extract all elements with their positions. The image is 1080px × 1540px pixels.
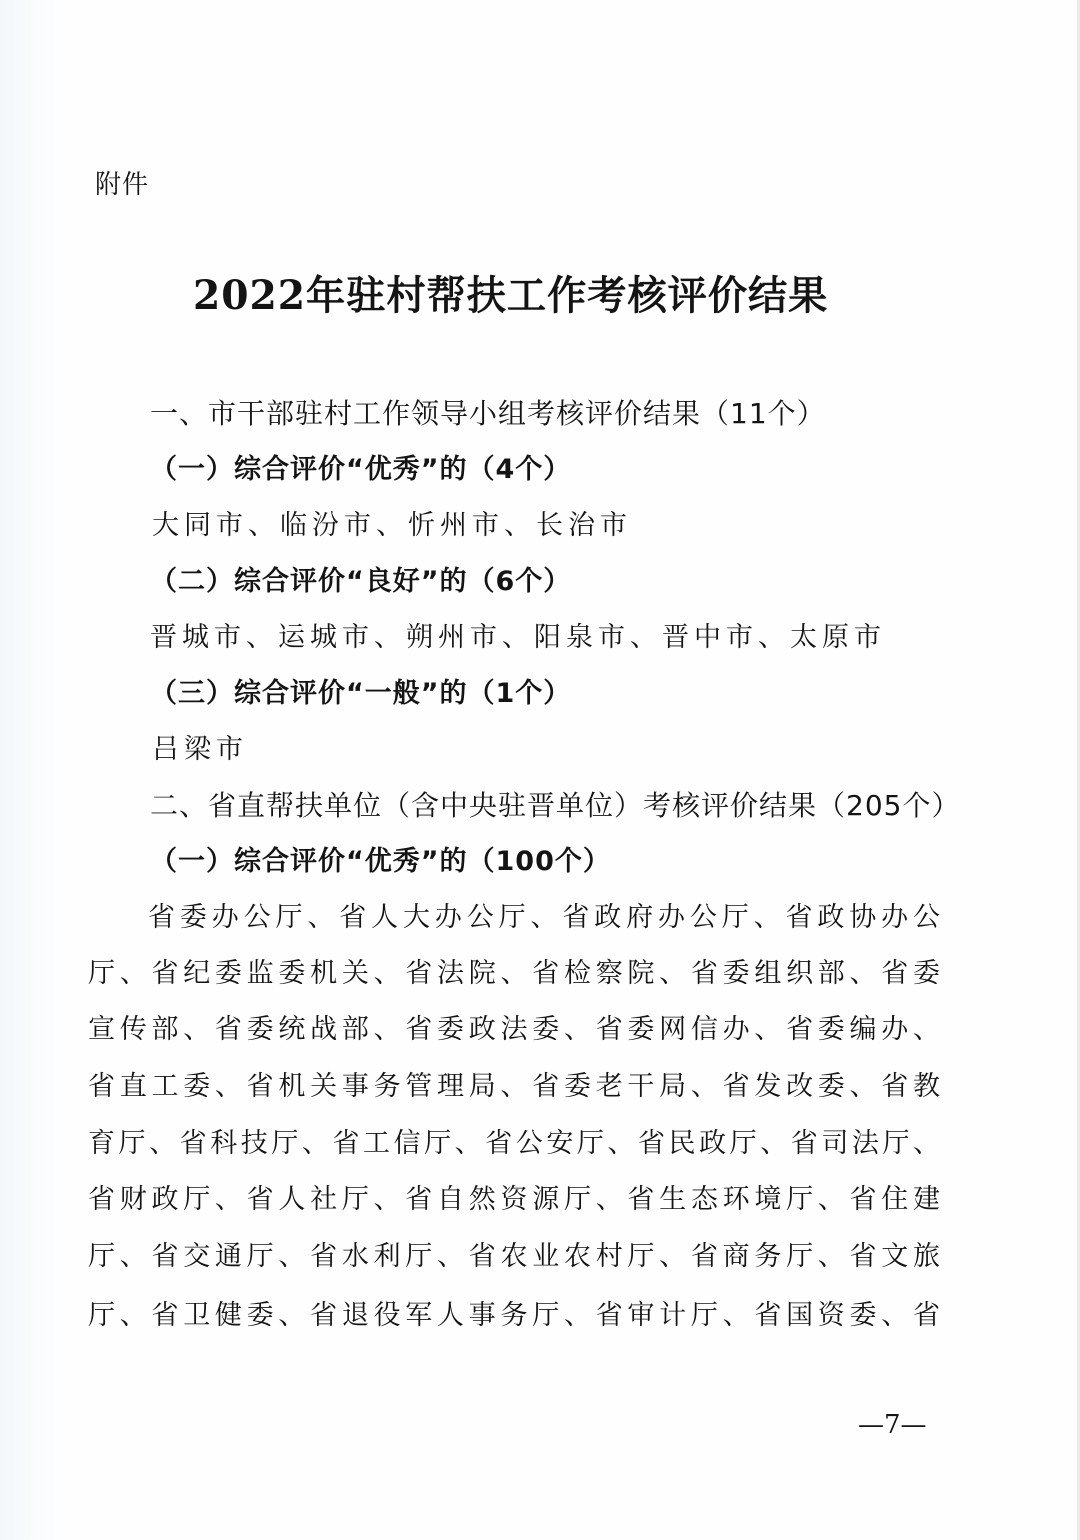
section-1-group-3-heading: （三）综合评价“一般”的（1个） <box>150 680 571 707</box>
paragraph-line: 厅、省交通厅、省水利厅、省农业农村厅、省商务厅、省文旅 <box>88 1243 940 1270</box>
paragraph-line: 育厅、省科技厅、省工信厅、省公安厅、省民政厅、省司法厅、 <box>88 1130 940 1157</box>
section-1-group-1-heading: （一）综合评价“优秀”的（4个） <box>150 456 571 483</box>
attachment-label: 附件 <box>95 172 149 198</box>
paragraph-line: 省直工委、省机关事务管理局、省委老干局、省发改委、省教 <box>88 1073 940 1100</box>
section-1-group-1-content: 大同市、临汾市、忻州市、长治市 <box>152 512 632 539</box>
section-1-group-2-content: 晋城市、运城市、朔州市、阳泉市、晋中市、太原市 <box>150 624 886 651</box>
paragraph-line: 省财政厅、省人社厅、省自然资源厅、省生态环境厅、省住建 <box>88 1186 940 1213</box>
paragraph-line: 省委办公厅、省人大办公厅、省政府办公厅、省政协办公 <box>148 904 940 931</box>
paragraph-line: 厅、省卫健委、省退役军人事务厅、省审计厅、省国资委、省 <box>88 1302 940 1329</box>
section-1-group-3-content: 吕梁市 <box>152 736 248 763</box>
section-1-heading: 一、市干部驻村工作领导小组考核评价结果（11个） <box>150 400 826 428</box>
scan-edge-shadow <box>0 0 60 1540</box>
paragraph-line: 厅、省纪委监委机关、省法院、省检察院、省委组织部、省委 <box>88 960 940 987</box>
section-1-group-2-heading: （二）综合评价“良好”的（6个） <box>150 568 571 595</box>
page-number: —7— <box>858 1410 927 1440</box>
section-2-heading: 二、省直帮扶单位（含中央驻晋单位）考核评价结果（205个） <box>150 792 960 820</box>
paragraph-line: 宣传部、省委统战部、省委政法委、省委网信办、省委编办、 <box>88 1016 940 1043</box>
section-2-group-1-heading: （一）综合评价“优秀”的（100个） <box>150 848 611 875</box>
document-title: 2022年驻村帮扶工作考核评价结果 <box>193 276 828 316</box>
